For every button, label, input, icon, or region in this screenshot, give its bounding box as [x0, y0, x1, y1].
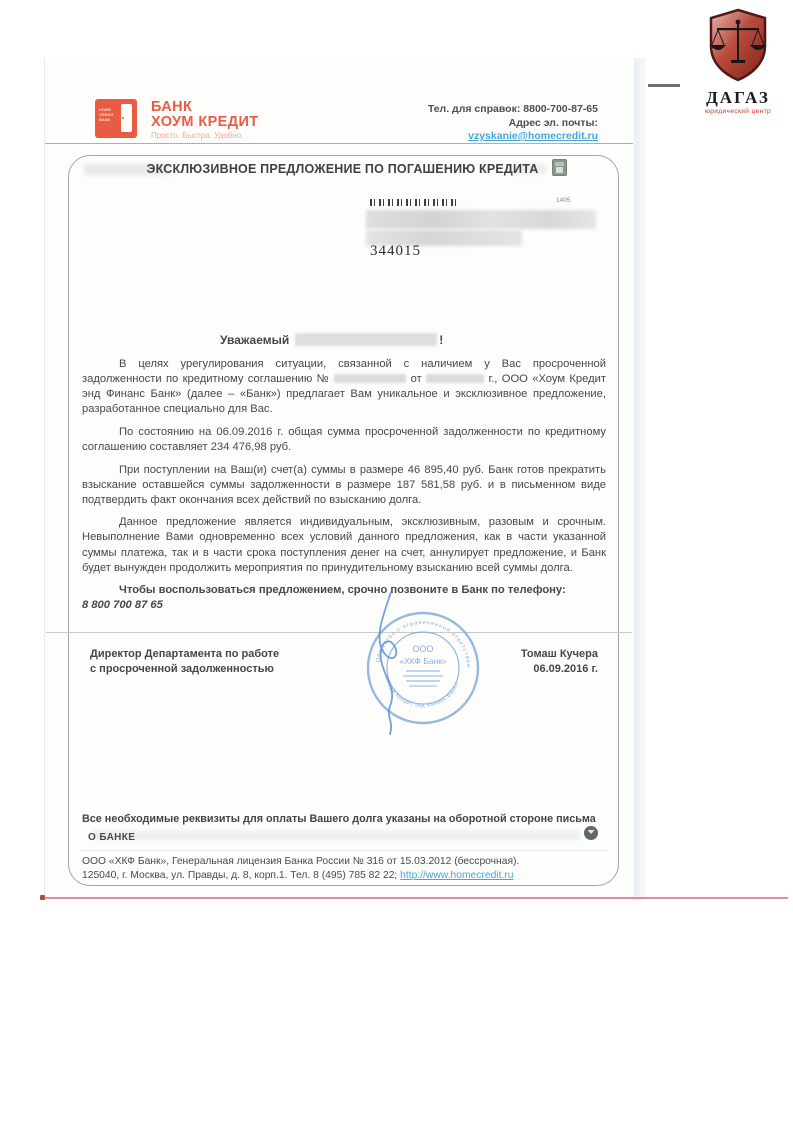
shield-scales-icon [706, 8, 770, 82]
client-code: 344015 [370, 243, 421, 260]
dagaz-title: ДАГАЗ [686, 88, 790, 108]
phone-label: Тел. для справок: [428, 103, 521, 115]
scan-ghost-text [92, 831, 580, 840]
header-divider [45, 143, 633, 144]
greeting: Уважаемый! [220, 333, 443, 347]
bank-name-line1: БАНК [151, 100, 259, 115]
greeting-suffix: ! [439, 333, 443, 347]
barcode [370, 199, 458, 206]
bank-tagline: Просто. Быстро. Удобно. [151, 131, 243, 140]
signer-position-line1: Директор Департамента по работе [90, 647, 279, 662]
scan-artifact-top [648, 84, 680, 87]
paragraph-2: По состоянию на 06.09.2016 г. общая сумм… [82, 425, 606, 455]
bank-name-line2: ХОУМ КРЕДИТ [151, 115, 259, 130]
greeting-prefix: Уважаемый [220, 333, 289, 347]
page: ДАГАЗ юридический центр HOME CREDIT BANK… [0, 0, 793, 1123]
phone-value: 8800-700-87-65 [523, 103, 598, 115]
signer-name-block: Томаш Кучера 06.09.2016 г. [468, 647, 598, 676]
scan-edge-shadow [634, 58, 646, 900]
address-text: 125040, г. Москва, ул. Правды, д. 8, кор… [82, 870, 400, 881]
bank-registration-info: ООО «ХКФ Банк», Генеральная лицензия Бан… [82, 855, 606, 883]
document-icon [552, 159, 567, 176]
chevron-down-circle-icon [584, 826, 598, 840]
dagaz-subtitle: юридический центр [686, 108, 790, 115]
email-line: Адрес эл. почты: vzyskanie@homecredit.ru [380, 117, 598, 144]
ref-number: 1405 [556, 197, 570, 204]
redacted-address-line1 [366, 210, 596, 229]
scan-artifact-bottom-line [40, 897, 788, 899]
address-line: 125040, г. Москва, ул. Правды, д. 8, кор… [82, 869, 606, 883]
cta-text: Чтобы воспользоваться предложением, сроч… [119, 584, 566, 596]
license-line: ООО «ХКФ Банк», Генеральная лицензия Бан… [82, 855, 606, 869]
signer-position-line2: с просроченной задолженностью [90, 662, 279, 677]
email-label: Адрес эл. почты: [509, 117, 598, 129]
dagaz-logo: ДАГАЗ юридический центр [686, 8, 790, 115]
email-link[interactable]: vzyskanie@homecredit.ru [468, 130, 598, 142]
footer-bold-note: Все необходимые реквизиты для оплаты Ваш… [82, 813, 596, 825]
redacted-agreement-number [334, 374, 406, 383]
paragraph-call-to-action: Чтобы воспользоваться предложением, сроч… [82, 583, 606, 613]
redacted-agreement-date [426, 374, 484, 383]
signature-date: 06.09.2016 г. [468, 662, 598, 677]
scan-artifact-bottom-dot [40, 895, 45, 900]
paragraph-1: В целях урегулирования ситуации, связанн… [82, 357, 606, 417]
bank-contacts: Тел. для справок: 8800-700-87-65 Адрес э… [380, 103, 598, 144]
paragraph-4: Данное предложение является индивидуальн… [82, 515, 606, 575]
letter-title: ЭКСКЛЮЗИВНОЕ ПРЕДЛОЖЕНИЕ ПО ПОГАШЕНИЮ КР… [90, 162, 595, 176]
website-link[interactable]: http://www.homecredit.ru [400, 870, 513, 881]
logo-word-3: BANK [99, 117, 114, 122]
bank-name: БАНК ХОУМ КРЕДИТ [151, 100, 259, 130]
footer-divider [80, 850, 608, 851]
redacted-name [295, 333, 437, 346]
signer-position: Директор Департамента по работе с просро… [90, 647, 279, 676]
p1-mid: от [411, 373, 422, 385]
door-knob [122, 117, 124, 119]
handwritten-signature [345, 588, 445, 738]
phone-line: Тел. для справок: 8800-700-87-65 [380, 103, 598, 117]
letter-body: В целях урегулирования ситуации, связанн… [82, 357, 606, 621]
signer-name: Томаш Кучера [468, 647, 598, 662]
letter-fold-line [46, 632, 632, 633]
paragraph-3: При поступлении на Ваш(и) счет(а) суммы … [82, 463, 606, 508]
homecredit-logo-icon: HOME CREDIT BANK [95, 99, 137, 138]
cta-phone: 8 800 700 87 65 [82, 599, 163, 611]
about-bank-label: О БАНКЕ [88, 832, 135, 843]
